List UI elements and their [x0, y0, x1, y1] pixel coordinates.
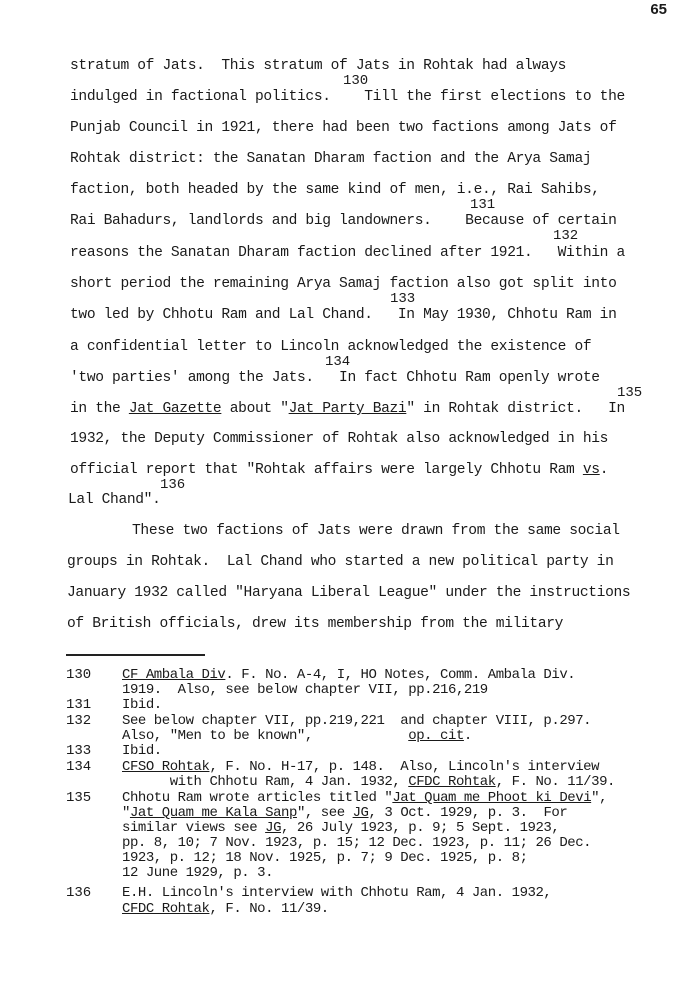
footnote-line: Ibid.	[122, 743, 162, 759]
footnote-number: 132	[66, 713, 91, 729]
footnote-line: 12 June 1929, p. 3.	[122, 865, 273, 881]
text: 1919. Also, see below chapter VII, pp.21…	[122, 682, 488, 698]
article-title: Jat Party Bazi	[289, 401, 407, 417]
text: , F. No. 11/39.	[209, 901, 328, 917]
body-line: January 1932 called "Haryana Liberal Lea…	[67, 585, 630, 601]
body-line: of British officials, drew its membershi…	[67, 616, 563, 632]
source: CFDC Rohtak	[122, 901, 209, 917]
footnote-ref: 134	[325, 354, 350, 370]
footnote-number: 135	[66, 790, 91, 806]
footnote-number: 136	[66, 885, 91, 901]
text: Also, "Men to be known",	[122, 728, 408, 744]
text: ",	[591, 790, 607, 806]
footnote-number: 134	[66, 759, 91, 775]
footnote-number: 130	[66, 667, 91, 683]
text: See below chapter VII, pp.219,221 and ch…	[122, 713, 591, 729]
text: 1923, p. 12; 18 Nov. 1925, p. 7; 9 Dec. …	[122, 850, 528, 866]
text: 12 June 1929, p. 3.	[122, 865, 273, 881]
footnote-line: Ibid.	[122, 697, 162, 713]
footnote-line: See below chapter VII, pp.219,221 and ch…	[122, 713, 591, 729]
body-line: Rai Bahadurs, landlords and big landowne…	[70, 213, 617, 229]
text: , 26 July 1923, p. 9; 5 Sept. 1923,	[281, 820, 559, 836]
text: Chhotu Ram wrote articles titled "	[122, 790, 392, 806]
text: E.H. Lincoln's interview with Chhotu Ram…	[122, 885, 551, 901]
footnote-ref: 132	[553, 228, 578, 244]
text: similar views see	[122, 820, 265, 836]
text: ", see	[297, 805, 353, 821]
footnote-line: CFDC Rohtak, F. No. 11/39.	[122, 901, 329, 917]
body-line: in the Jat Gazette about "Jat Party Bazi…	[70, 401, 625, 417]
body-line: reasons the Sanatan Dharam faction decli…	[70, 245, 625, 261]
body-line: 'two parties' among the Jats. In fact Ch…	[70, 370, 600, 386]
text: . F. No. A-4, I, HO Notes, Comm. Ambala …	[225, 667, 575, 683]
source: JG	[265, 820, 281, 836]
body-line: groups in Rohtak. Lal Chand who started …	[67, 554, 614, 570]
body-line: two led by Chhotu Ram and Lal Chand. In …	[70, 307, 617, 323]
body-line: Punjab Council in 1921, there had been t…	[70, 120, 617, 136]
text: , 3 Oct. 1929, p. 3. For	[369, 805, 568, 821]
body-line: official report that "Rohtak affairs wer…	[70, 462, 608, 478]
journal-title: Jat Gazette	[129, 401, 222, 417]
footnote-line: similar views see JG, 26 July 1923, p. 9…	[122, 820, 559, 836]
source: CF Ambala Div	[122, 667, 225, 683]
footnote-ref: 136	[160, 477, 185, 493]
body-line: indulged in factional politics. Till the…	[70, 89, 625, 105]
source: JG	[353, 805, 369, 821]
footnote-line: 1919. Also, see below chapter VII, pp.21…	[122, 682, 488, 698]
footnote-line: CF Ambala Div. F. No. A-4, I, HO Notes, …	[122, 667, 575, 683]
emphasis: vs	[583, 462, 600, 478]
footnote-line: CFSO Rohtak, F. No. H-17, p. 148. Also, …	[122, 759, 599, 775]
text: " in Rohtak district. In	[406, 401, 625, 417]
footnote-line: 1923, p. 12; 18 Nov. 1925, p. 7; 9 Dec. …	[122, 850, 528, 866]
footnote-line: E.H. Lincoln's interview with Chhotu Ram…	[122, 885, 551, 901]
source: CFSO Rohtak	[122, 759, 209, 775]
footnote-line: with Chhotu Ram, 4 Jan. 1932, CFDC Rohta…	[122, 774, 615, 790]
footnote-line: Chhotu Ram wrote articles titled "Jat Qu…	[122, 790, 607, 806]
text: .	[600, 462, 608, 478]
footnote-ref: 133	[390, 291, 415, 307]
article-title: Jat Quam me Kala Sanp	[130, 805, 297, 821]
footnote-separator	[66, 654, 205, 656]
footnote-line: pp. 8, 10; 7 Nov. 1923, p. 15; 12 Dec. 1…	[122, 835, 591, 851]
text: official report that "Rohtak affairs wer…	[70, 462, 583, 478]
body-line: stratum of Jats. This stratum of Jats in…	[70, 58, 566, 74]
footnote-ref: 135	[617, 385, 642, 401]
text: Ibid.	[122, 743, 162, 759]
body-line: Rohtak district: the Sanatan Dharam fact…	[70, 151, 591, 167]
text: "	[122, 805, 130, 821]
footnote-number: 133	[66, 743, 91, 759]
footnote-line: Also, "Men to be known", op. cit.	[122, 728, 472, 744]
citation: op. cit	[408, 728, 464, 744]
text: Ibid.	[122, 697, 162, 713]
text: with Chhotu Ram, 4 Jan. 1932,	[122, 774, 408, 790]
body-line: Lal Chand".	[68, 492, 161, 508]
body-line: faction, both headed by the same kind of…	[70, 182, 600, 198]
text: .	[464, 728, 472, 744]
footnote-ref: 130	[343, 73, 368, 89]
text: , F. No. 11/39.	[496, 774, 615, 790]
body-line: a confidential letter to Lincoln acknowl…	[70, 339, 591, 355]
article-title: Jat Quam me Phoot ki Devi	[392, 790, 591, 806]
text: about "	[221, 401, 288, 417]
source: CFDC Rohtak	[408, 774, 495, 790]
footnote-number: 131	[66, 697, 91, 713]
page-number: 65	[650, 1, 667, 18]
footnote-line: "Jat Quam me Kala Sanp", see JG, 3 Oct. …	[122, 805, 567, 821]
body-line: 1932, the Deputy Commissioner of Rohtak …	[70, 431, 608, 447]
text: pp. 8, 10; 7 Nov. 1923, p. 15; 12 Dec. 1…	[122, 835, 591, 851]
text: in the	[70, 401, 129, 417]
body-line: These two factions of Jats were drawn fr…	[132, 523, 620, 539]
text: , F. No. H-17, p. 148. Also, Lincoln's i…	[209, 759, 599, 775]
body-line: short period the remaining Arya Samaj fa…	[70, 276, 617, 292]
footnote-ref: 131	[470, 197, 495, 213]
